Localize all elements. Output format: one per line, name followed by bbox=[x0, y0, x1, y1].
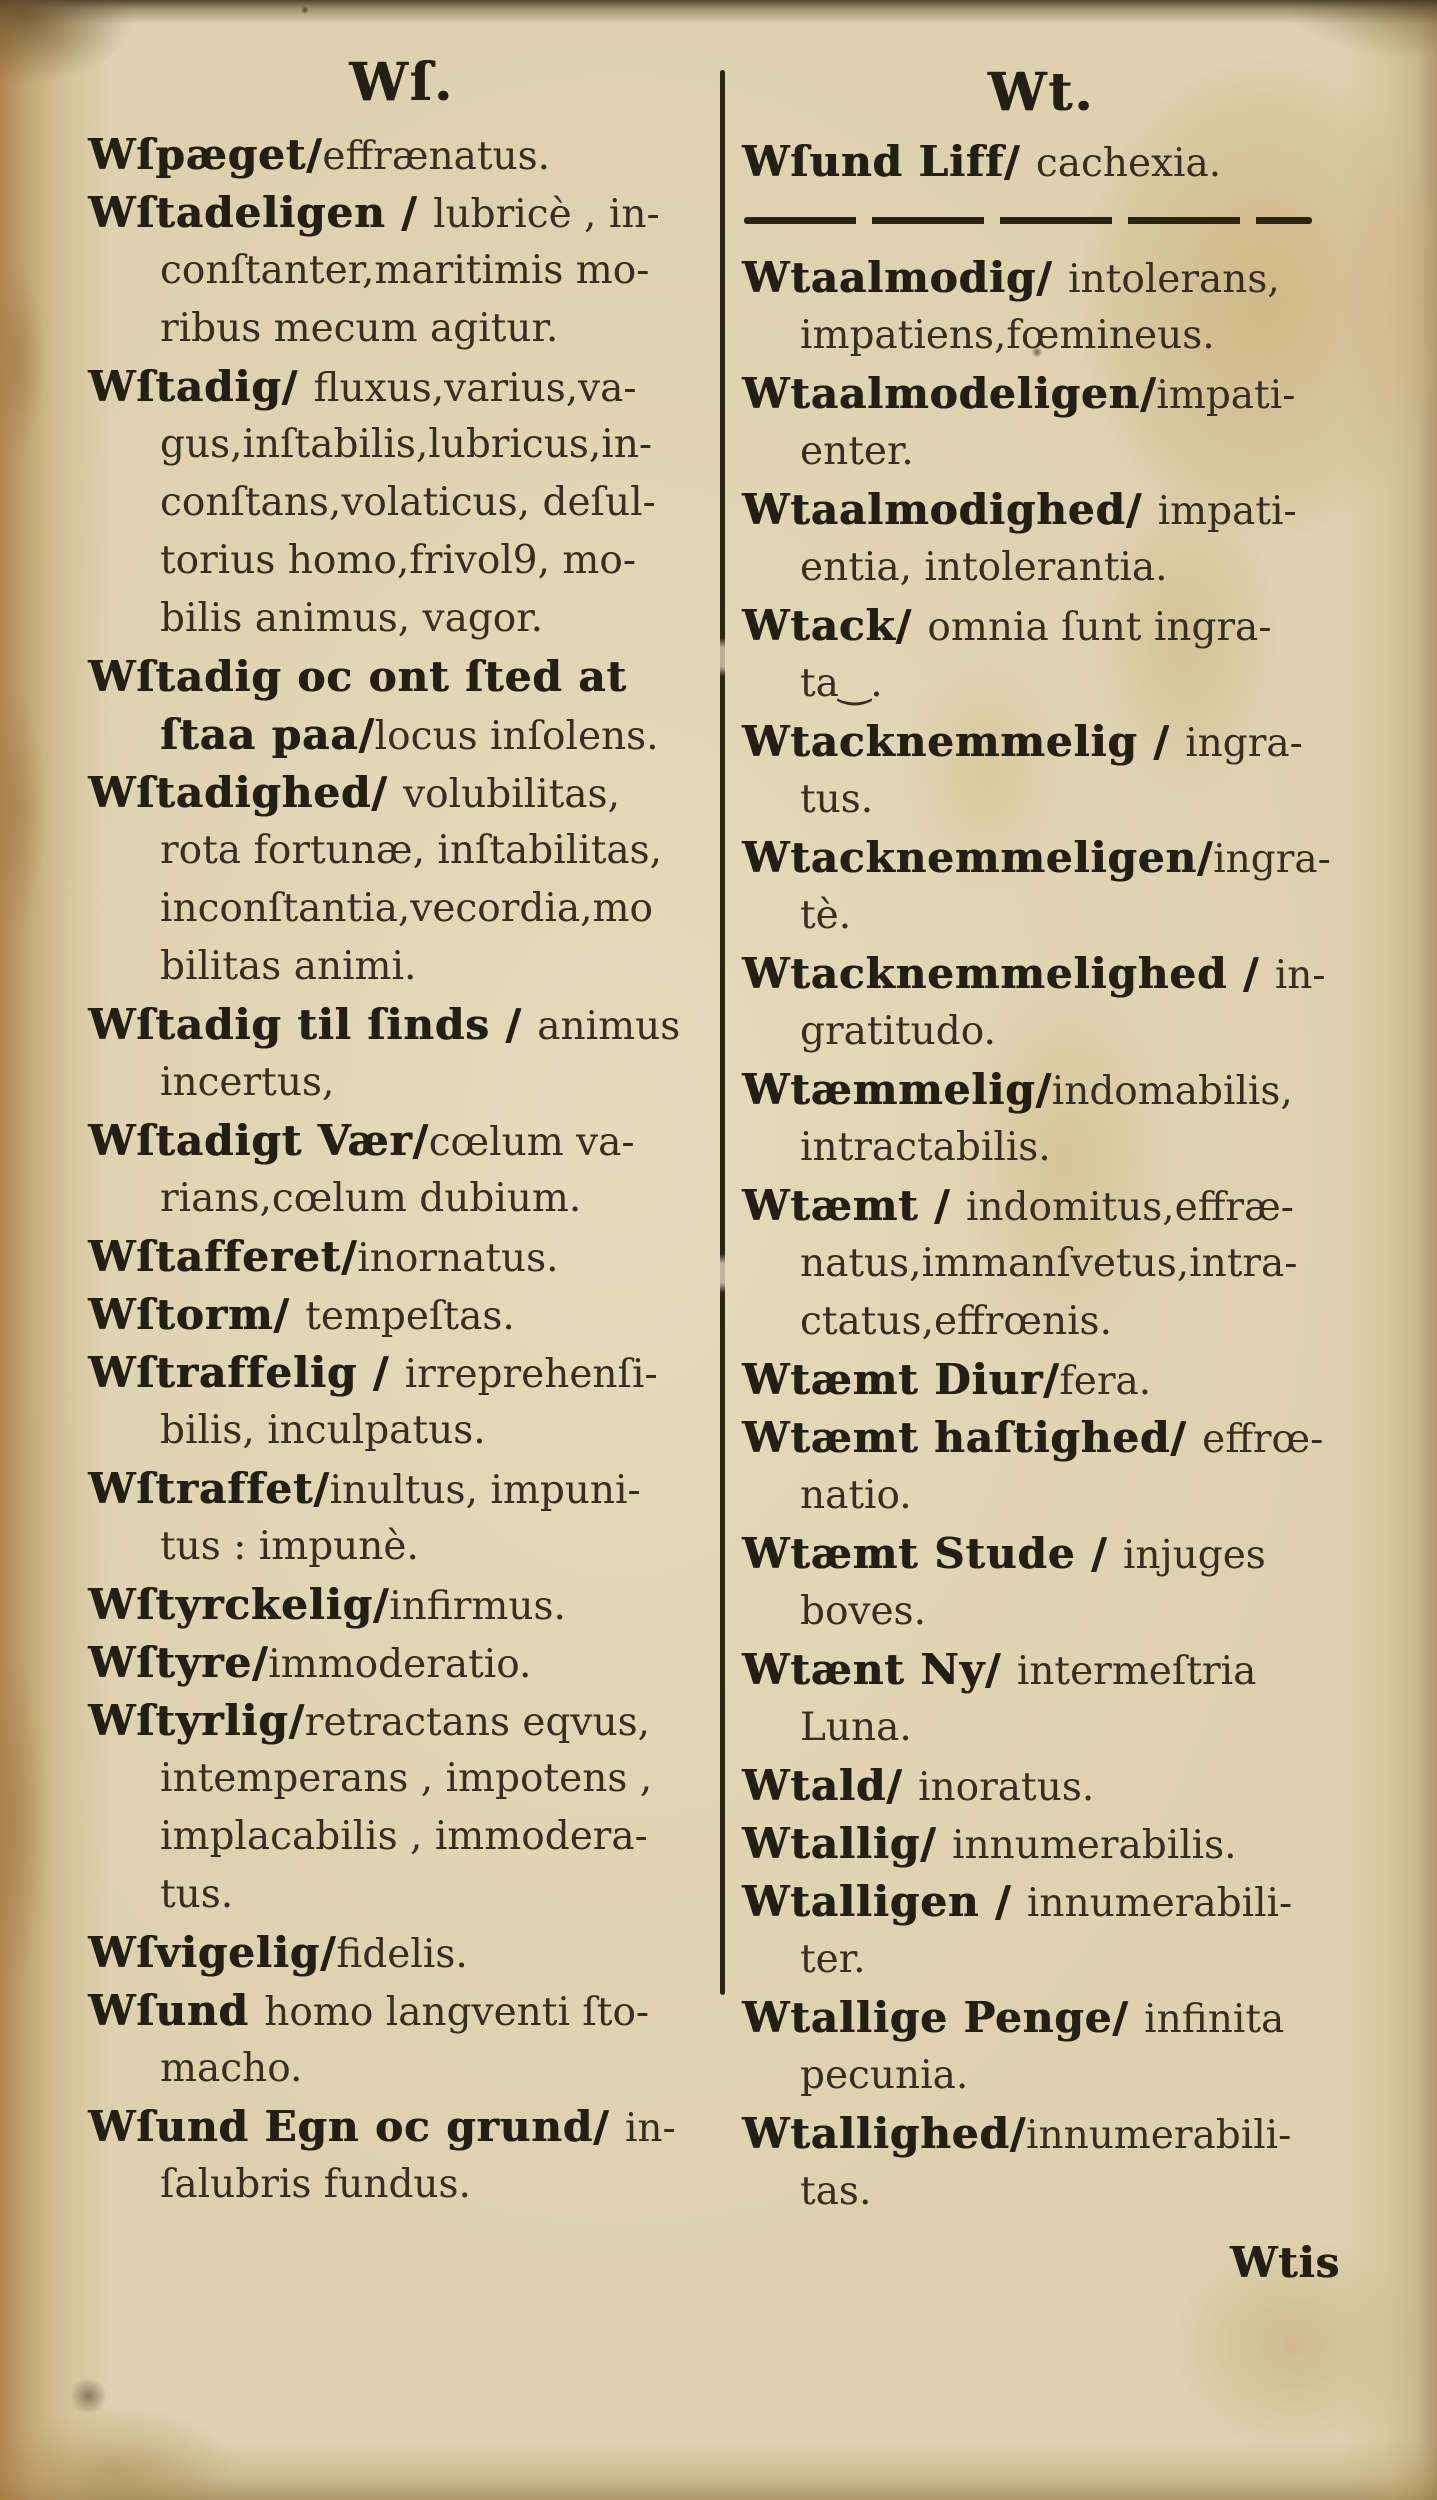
latin-text: tas. bbox=[800, 2169, 871, 2214]
entry-continuation-line: ſalubris fundus. bbox=[88, 2156, 715, 2214]
latin-text: tempeſtas. bbox=[305, 1294, 515, 1339]
entry-continuation-line: conſtans,volaticus, deſul- bbox=[88, 474, 715, 532]
headword-text: Wtaalmodighed/ bbox=[742, 485, 1158, 534]
entry-continuation-line: tus. bbox=[742, 771, 1340, 829]
latin-text: Luna. bbox=[800, 1705, 912, 1750]
headword-text: Wſtyrlig/ bbox=[88, 1696, 305, 1745]
headword-text: Wtallighed/ bbox=[742, 2109, 1026, 2158]
entry-continuation-line: bilis, inculpatus. bbox=[88, 1402, 715, 1460]
entry-continuation-line: boves. bbox=[742, 1583, 1340, 1641]
entry-continuation-line: incertus, bbox=[88, 1054, 715, 1112]
latin-text: natus,immanſvetus,intra- bbox=[800, 1241, 1297, 1286]
entry-line: Wſtadighed/ volubilitas, bbox=[88, 764, 715, 822]
entry-line: Wtænt Ny/ intermeſtria bbox=[742, 1641, 1340, 1699]
latin-text: cœlum va- bbox=[429, 1120, 635, 1165]
entry-line: Wtaalmodighed/ impati- bbox=[742, 481, 1340, 539]
entry-line: Wtæmt haſtighed/ effrœ- bbox=[742, 1409, 1340, 1467]
entry-line: Wtacknemmelig / ingra- bbox=[742, 713, 1340, 771]
entry-continuation-line: enter. bbox=[742, 423, 1340, 481]
entry-continuation-line: inconſtantia,vecordia,mo bbox=[88, 880, 715, 938]
headword-text: Wtæmmelig/ bbox=[742, 1065, 1052, 1114]
latin-text: inoratus. bbox=[918, 1765, 1094, 1810]
headword-text: Wtaalmodeligen/ bbox=[742, 369, 1156, 418]
entry-continuation-line: rians,cœlum dubium. bbox=[88, 1170, 715, 1228]
entry-continuation-line: natio. bbox=[742, 1467, 1340, 1525]
headword-text: Wſtadigt Vær/ bbox=[88, 1116, 429, 1165]
entry-continuation-line: macho. bbox=[88, 2040, 715, 2098]
entry-line: Wſvigelig/fidelis. bbox=[88, 1924, 715, 1982]
latin-text: intractabilis. bbox=[800, 1125, 1051, 1170]
entry-line: Wſtraffet/inultus, impuni- bbox=[88, 1460, 715, 1518]
entry-line: Wtaalmodig/ intolerans, bbox=[742, 249, 1340, 307]
headword-text: Wſtadighed/ bbox=[88, 768, 403, 817]
latin-text: volubilitas, bbox=[403, 772, 620, 817]
entry-continuation-line: conſtanter,maritimis mo- bbox=[88, 242, 715, 300]
latin-text: effrænatus. bbox=[322, 134, 550, 179]
latin-text: natio. bbox=[800, 1473, 912, 1518]
entry-continuation-line: Luna. bbox=[742, 1699, 1340, 1757]
headword-text: Wſtadig/ bbox=[88, 362, 314, 411]
entry-continuation-line: ta‿. bbox=[742, 655, 1340, 713]
entry-line: Wtæmt Stude / injuges bbox=[742, 1525, 1340, 1583]
entry-line: Wtæmmelig/indomabilis, bbox=[742, 1061, 1340, 1119]
latin-text: intolerans, bbox=[1068, 257, 1280, 302]
entry-continuation-line: natus,immanſvetus,intra- bbox=[742, 1235, 1340, 1293]
entry-line: Wtacknemmeligen/ingra- bbox=[742, 829, 1340, 887]
entry-continuation-line: gus,inſtabilis,lubricus,in- bbox=[88, 416, 715, 474]
dictionary-page-scan: Wſ. Wt. Wſpæget/effrænatus.Wſtadeligen /… bbox=[0, 0, 1437, 2500]
entry-continuation-line: bilis animus, vagor. bbox=[88, 590, 715, 648]
headword-text: Wſtafferet/ bbox=[88, 1232, 357, 1281]
latin-text: inornatus. bbox=[357, 1236, 558, 1281]
entry-continuation-line: tus : impunè. bbox=[88, 1518, 715, 1576]
latin-text: fidelis. bbox=[336, 1932, 467, 1977]
entry-line: Wſund Egn oc grund/ in- bbox=[88, 2098, 715, 2156]
latin-text: impatiens,fœmineus. bbox=[800, 313, 1215, 358]
entry-continuation-line: tè. bbox=[742, 887, 1340, 945]
latin-text: tus : impunè. bbox=[160, 1524, 419, 1569]
headword-text: Wtacknemmelig / bbox=[742, 717, 1185, 766]
latin-text: ſalubris fundus. bbox=[160, 2162, 471, 2207]
latin-text: retractans eqvus, bbox=[305, 1700, 650, 1745]
latin-text: ta‿. bbox=[800, 661, 883, 706]
latin-text: conſtanter,maritimis mo- bbox=[160, 248, 649, 293]
entry-line: Wſund Liff/ cachexia. bbox=[742, 133, 1340, 191]
headword-text: Wtæmt / bbox=[742, 1181, 966, 1230]
latin-text: animus bbox=[537, 1004, 680, 1049]
latin-text: fera. bbox=[1059, 1359, 1151, 1404]
entry-line: Wtæmt Diur/fera. bbox=[742, 1351, 1340, 1409]
latin-text: irreprehenſi- bbox=[405, 1352, 658, 1397]
headword-text: Wſtadig oc ont ſted at bbox=[88, 652, 627, 701]
headword-text: Wſtadeligen / bbox=[88, 188, 433, 237]
latin-text: homo langventi ſto- bbox=[264, 1990, 649, 2035]
entry-continuation-line: ribus mecum agitur. bbox=[88, 300, 715, 358]
headword-text: Wſtraffelig / bbox=[88, 1348, 405, 1397]
headword-text: Wtæmt Diur/ bbox=[742, 1355, 1059, 1404]
headword-text: Wtack/ bbox=[742, 601, 927, 650]
entry-continuation-line: intemperans , impotens , bbox=[88, 1750, 715, 1808]
left-column-header: Wſ. bbox=[88, 52, 715, 113]
entry-line: Wſund homo langventi ſto- bbox=[88, 1982, 715, 2040]
entry-continuation-line: ter. bbox=[742, 1931, 1340, 1989]
latin-text: pecunia. bbox=[800, 2053, 968, 2098]
entry-continuation-line: gratitudo. bbox=[742, 1003, 1340, 1061]
entry-line: Wtallig/ innumerabilis. bbox=[742, 1815, 1340, 1873]
entry-continuation-line: tus. bbox=[88, 1866, 715, 1924]
entry-line: Wſtadig til ſinds / animus bbox=[88, 996, 715, 1054]
headword-text: Wtallige Penge/ bbox=[742, 1993, 1144, 2042]
latin-text: indomitus,effræ- bbox=[966, 1185, 1294, 1230]
latin-text: tus. bbox=[800, 777, 873, 822]
latin-text: bilitas animi. bbox=[160, 944, 416, 989]
entry-line: Wſtafferet/inornatus. bbox=[88, 1228, 715, 1286]
entry-continuation-line: rota fortunæ, inſtabilitas, bbox=[88, 822, 715, 880]
entry-line: Wſtyre/immoderatio. bbox=[88, 1634, 715, 1692]
entry-line: ſtaa paa/locus inſolens. bbox=[88, 706, 715, 764]
right-column-header: Wt. bbox=[742, 62, 1340, 123]
latin-text: ctatus,effrœnis. bbox=[800, 1299, 1112, 1344]
latin-text: innumerabili- bbox=[1027, 1881, 1292, 1926]
latin-text: ingra- bbox=[1213, 837, 1331, 882]
dashed-rule bbox=[744, 217, 1312, 224]
latin-text: entia, intolerantia. bbox=[800, 545, 1168, 590]
headword-text: Wſund bbox=[88, 1986, 264, 2035]
entry-line: Wſtadeligen / lubricè , in- bbox=[88, 184, 715, 242]
latin-text: boves. bbox=[800, 1589, 926, 1634]
headword-text: Wtæmt haſtighed/ bbox=[742, 1413, 1202, 1462]
headword-text: Wſund Liff/ bbox=[742, 137, 1036, 186]
right-column: Wſund Liff/ cachexia.Wtaalmodig/ intoler… bbox=[742, 133, 1340, 2221]
latin-text: cachexia. bbox=[1036, 141, 1221, 186]
section-divider-rule bbox=[742, 191, 1340, 249]
latin-text: intemperans , impotens , bbox=[160, 1756, 652, 1801]
latin-text: effrœ- bbox=[1202, 1417, 1323, 1462]
entry-continuation-line: torius homo,frivol9, mo- bbox=[88, 532, 715, 590]
entry-continuation-line: tas. bbox=[742, 2163, 1340, 2221]
latin-text: implacabilis , immodera- bbox=[160, 1814, 648, 1859]
entry-continuation-line: pecunia. bbox=[742, 2047, 1340, 2105]
latin-text: rians,cœlum dubium. bbox=[160, 1176, 581, 1221]
latin-text: omnia ſunt ingra- bbox=[927, 605, 1271, 650]
latin-text: ter. bbox=[800, 1937, 866, 1982]
headword-text: Wſvigelig/ bbox=[88, 1928, 336, 1977]
latin-text: infinita bbox=[1144, 1997, 1284, 2042]
headword-text: Wtænt Ny/ bbox=[742, 1645, 1017, 1694]
latin-text: torius homo,frivol9, mo- bbox=[160, 538, 636, 583]
entry-line: Wſtadigt Vær/cœlum va- bbox=[88, 1112, 715, 1170]
headword-text: Wtald/ bbox=[742, 1761, 918, 1810]
latin-text: gratitudo. bbox=[800, 1009, 996, 1054]
entry-line: Wſtorm/ tempeſtas. bbox=[88, 1286, 715, 1344]
headword-text: ſtaa paa/ bbox=[160, 710, 375, 759]
latin-text: impati- bbox=[1156, 373, 1295, 418]
latin-text: tus. bbox=[160, 1872, 233, 1917]
entry-line: Wſpæget/effrænatus. bbox=[88, 126, 715, 184]
entry-line: Wſtyrckelig/infirmus. bbox=[88, 1576, 715, 1634]
left-column: Wſpæget/effrænatus.Wſtadeligen / lubricè… bbox=[88, 126, 715, 2214]
entry-continuation-line: implacabilis , immodera- bbox=[88, 1808, 715, 1866]
headword-text: Wſtorm/ bbox=[88, 1290, 305, 1339]
entry-continuation-line: bilitas animi. bbox=[88, 938, 715, 996]
entry-line: Wtaalmodeligen/impati- bbox=[742, 365, 1340, 423]
headword-text: Wtacknemmeligen/ bbox=[742, 833, 1213, 882]
entry-line: Wtallige Penge/ infinita bbox=[742, 1989, 1340, 2047]
entry-line: Wtalligen / innumerabili- bbox=[742, 1873, 1340, 1931]
latin-text: infirmus. bbox=[389, 1584, 566, 1629]
headword-text: Wſtyrckelig/ bbox=[88, 1580, 389, 1629]
latin-text: ingra- bbox=[1185, 721, 1303, 766]
latin-text: gus,inſtabilis,lubricus,in- bbox=[160, 422, 652, 467]
entry-line: Wtæmt / indomitus,effræ- bbox=[742, 1177, 1340, 1235]
entry-line: Wtack/ omnia ſunt ingra- bbox=[742, 597, 1340, 655]
latin-text: impati- bbox=[1158, 489, 1297, 534]
headword-text: Wſpæget/ bbox=[88, 130, 322, 179]
latin-text: bilis animus, vagor. bbox=[160, 596, 543, 641]
column-divider-rule bbox=[720, 70, 725, 1995]
entry-line: Wſtyrlig/retractans eqvus, bbox=[88, 1692, 715, 1750]
latin-text: inultus, impuni- bbox=[330, 1468, 641, 1513]
entry-continuation-line: ctatus,effrœnis. bbox=[742, 1293, 1340, 1351]
headword-text: Wtacknemmelighed / bbox=[742, 949, 1275, 998]
latin-text: inconſtantia,vecordia,mo bbox=[160, 886, 653, 931]
catchword: Wtis bbox=[1140, 2238, 1340, 2287]
latin-text: tè. bbox=[800, 893, 851, 938]
entry-continuation-line: impatiens,fœmineus. bbox=[742, 307, 1340, 365]
latin-text: lubricè , in- bbox=[433, 192, 660, 237]
latin-text: injuges bbox=[1123, 1533, 1266, 1578]
latin-text: macho. bbox=[160, 2046, 302, 2091]
headword-text: Wtalligen / bbox=[742, 1877, 1027, 1926]
headword-text: Wſtraffet/ bbox=[88, 1464, 330, 1513]
latin-text: conſtans,volaticus, deſul- bbox=[160, 480, 656, 525]
entry-continuation-line: intractabilis. bbox=[742, 1119, 1340, 1177]
latin-text: incertus, bbox=[160, 1060, 334, 1105]
entry-continuation-line: entia, intolerantia. bbox=[742, 539, 1340, 597]
latin-text: in- bbox=[625, 2106, 676, 2151]
latin-text: immoderatio. bbox=[268, 1642, 531, 1687]
latin-text: in- bbox=[1275, 953, 1326, 998]
headword-text: Wtæmt Stude / bbox=[742, 1529, 1123, 1578]
latin-text: innumerabilis. bbox=[952, 1823, 1237, 1868]
headword-text: Wtaalmodig/ bbox=[742, 253, 1068, 302]
headword-text: Wtallig/ bbox=[742, 1819, 952, 1868]
latin-text: fluxus,varius,va- bbox=[314, 366, 637, 411]
entry-line: Wtacknemmelighed / in- bbox=[742, 945, 1340, 1003]
latin-text: bilis, inculpatus. bbox=[160, 1408, 486, 1453]
latin-text: indomabilis, bbox=[1052, 1069, 1293, 1114]
headword-text: Wſtyre/ bbox=[88, 1638, 268, 1687]
entry-line: Wſtadig/ fluxus,varius,va- bbox=[88, 358, 715, 416]
latin-text: enter. bbox=[800, 429, 914, 474]
entry-line: Wſtraffelig / irreprehenſi- bbox=[88, 1344, 715, 1402]
latin-text: innumerabili- bbox=[1026, 2113, 1291, 2158]
entry-line: Wſtadig oc ont ſted at bbox=[88, 648, 715, 706]
latin-text: locus inſolens. bbox=[375, 714, 659, 759]
latin-text: intermeſtria bbox=[1017, 1649, 1257, 1694]
entry-line: Wtald/ inoratus. bbox=[742, 1757, 1340, 1815]
entry-line: Wtallighed/innumerabili- bbox=[742, 2105, 1340, 2163]
headword-text: Wſtadig til ſinds / bbox=[88, 1000, 537, 1049]
latin-text: rota fortunæ, inſtabilitas, bbox=[160, 828, 662, 873]
latin-text: ribus mecum agitur. bbox=[160, 306, 558, 351]
headword-text: Wſund Egn oc grund/ bbox=[88, 2102, 625, 2151]
